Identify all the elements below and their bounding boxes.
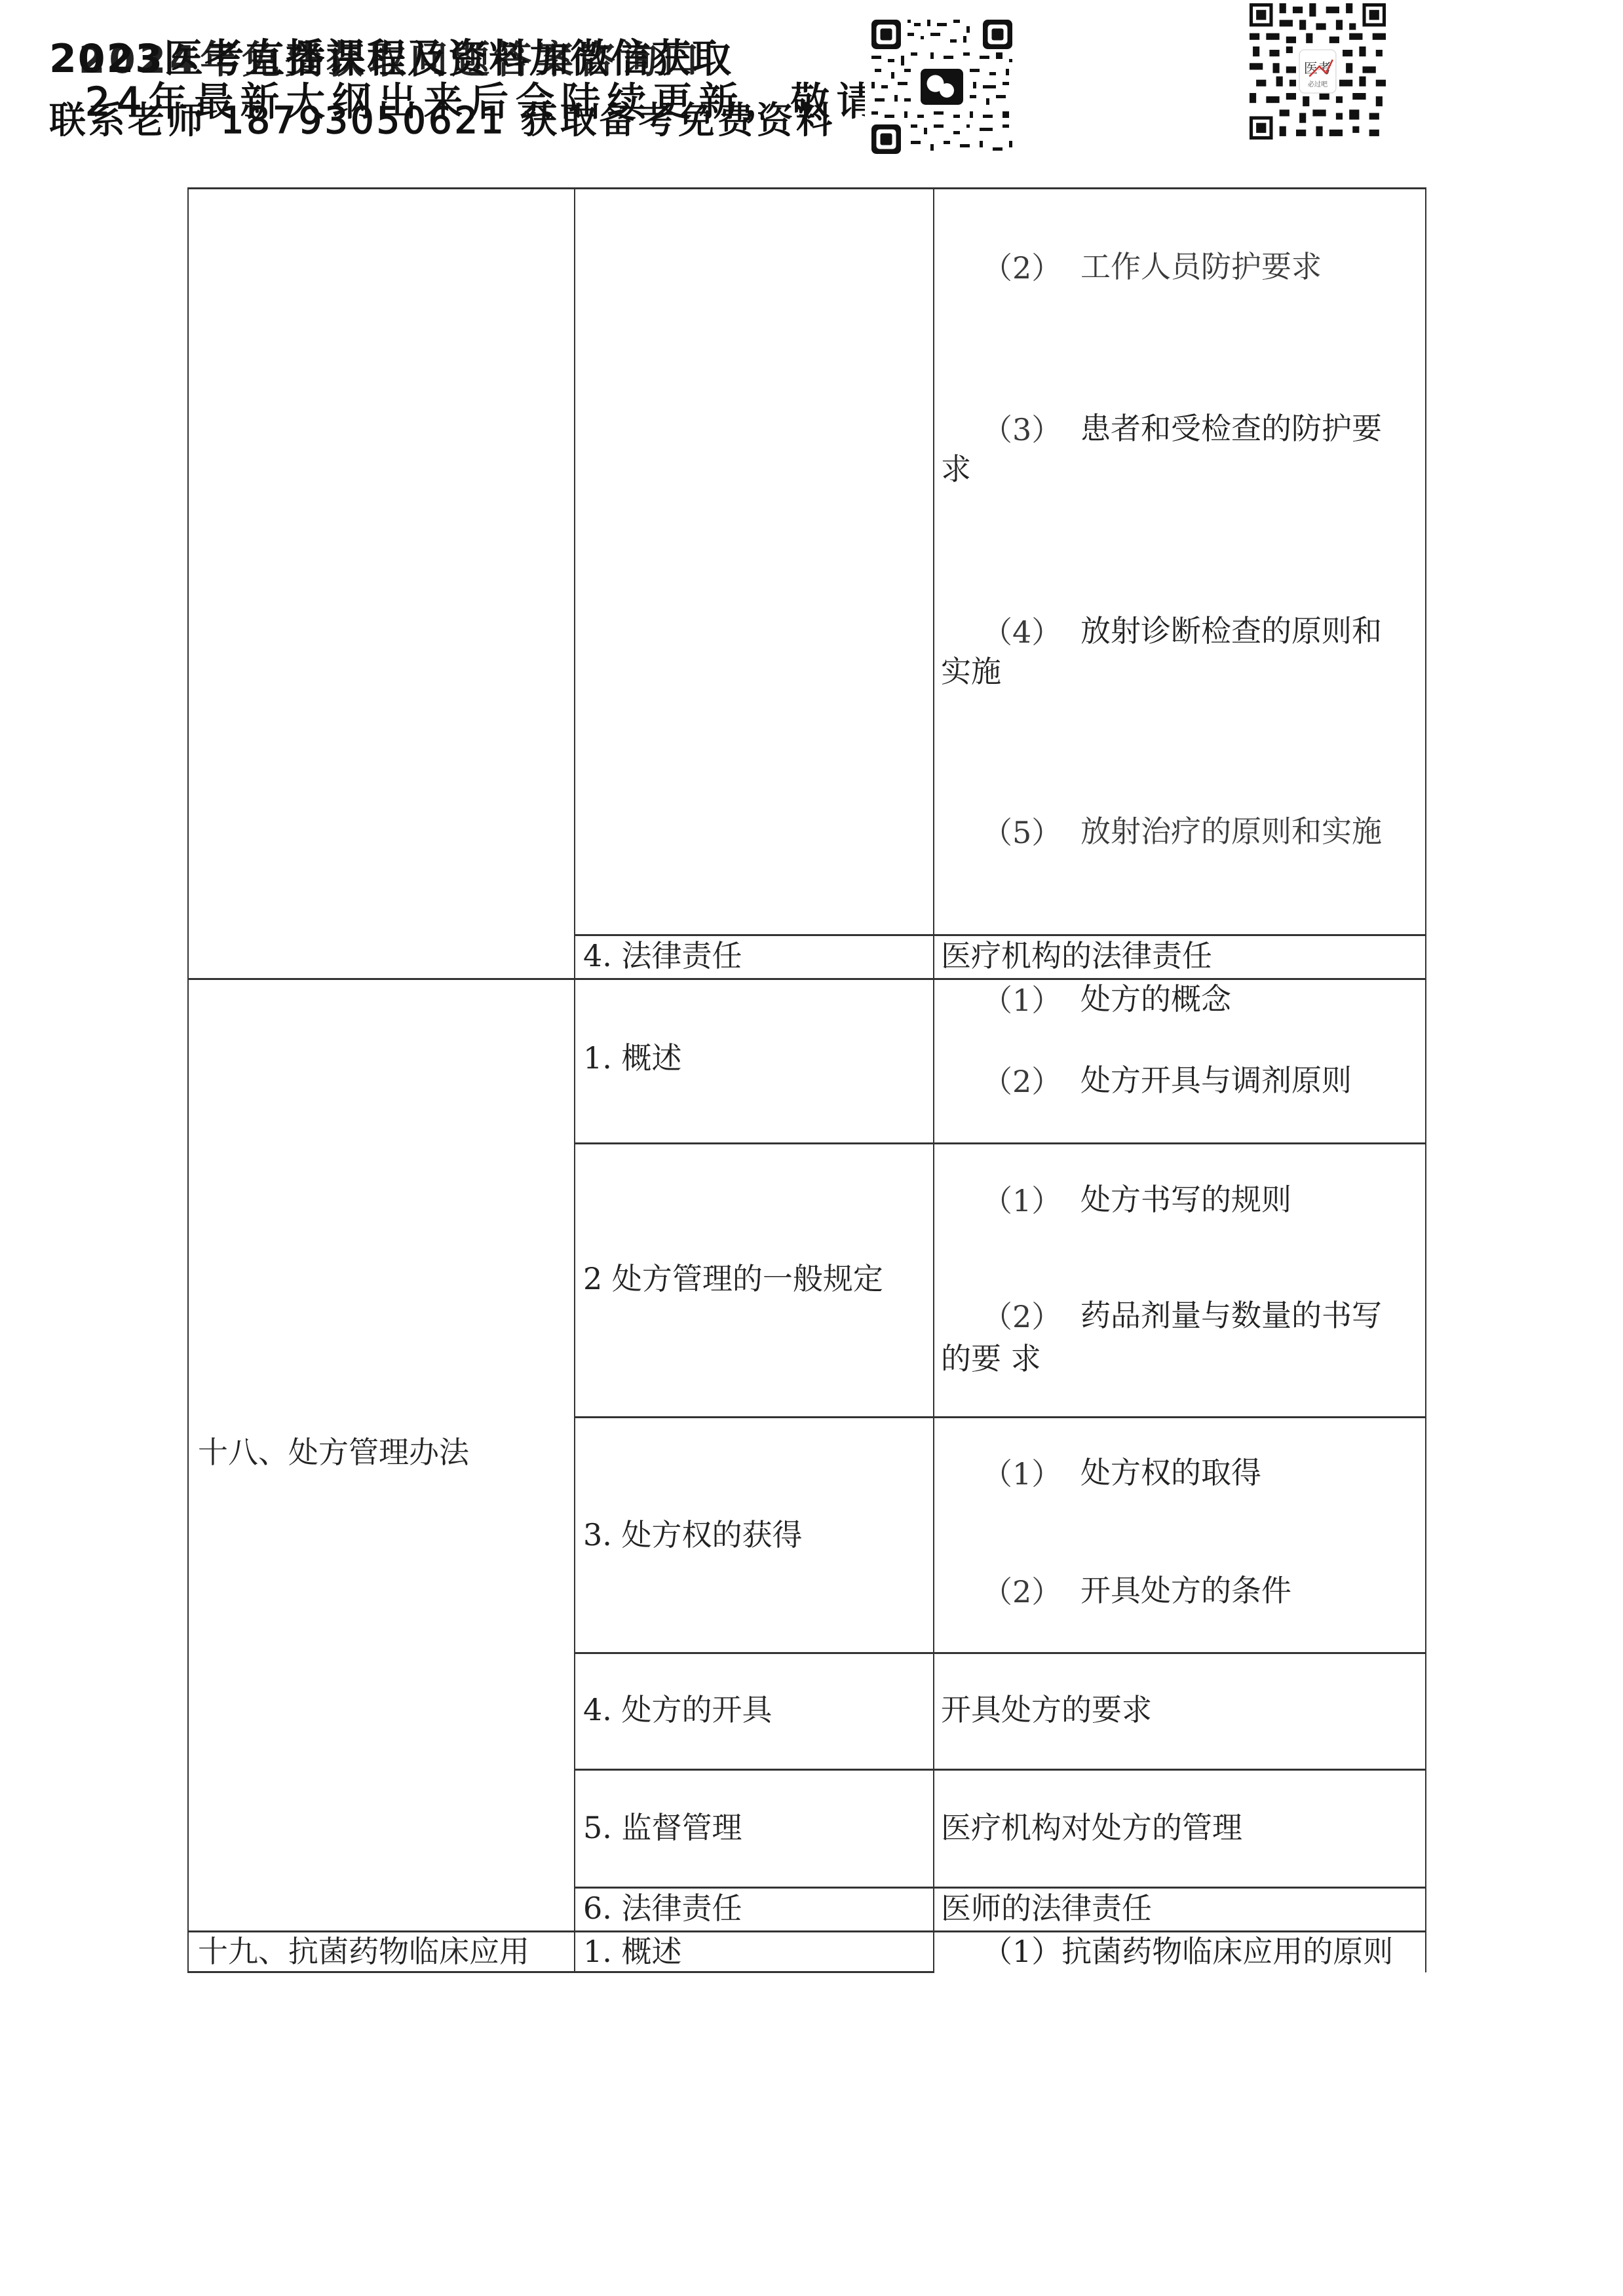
watermark-line-3: 联系老师 18793050621 获取备考免费资料 [49,92,835,144]
content-text: 开具处方的要求 [941,1695,1152,1725]
item-number: （4） [982,617,1061,647]
item-number: （3） [982,415,1061,445]
item-text: 开具处方的条件 [1080,1575,1291,1606]
item-number: （1） [982,1186,1061,1216]
subtopic-label: 6. 法律责任 [583,1893,742,1923]
item-number: （2） [982,1302,1061,1332]
row-line [574,1652,1426,1654]
item-text-wrap: 求 [941,454,971,484]
item-text: 处方的概念 [1080,984,1231,1014]
row-line [574,1142,1426,1144]
row-line [574,934,1426,936]
table-border-right [1425,187,1426,1972]
subtopic-label: 1. 概述 [583,1936,682,1967]
row-line [574,1887,1426,1889]
item-text: 处方权的取得 [1080,1458,1261,1488]
item-number: （2） [982,1066,1061,1097]
qr-code-icon: 医考 必过吧 [1248,3,1387,140]
column-divider-1 [574,187,575,1972]
table-border-top [187,187,1426,189]
section-title: 十九、抗菌药物临床应用 [198,1936,529,1967]
content-text: （1）抗菌药物临床应用的原则 [982,1936,1393,1967]
subtopic-label: 1. 概述 [583,1043,682,1073]
item-text: 患者和受检查的防护要 [1080,413,1382,443]
table-border-left [187,187,189,1972]
column-divider-2 [933,187,934,1972]
item-text: 处方开具与调剂原则 [1080,1065,1352,1095]
item-text-wrap: 的要 求 [941,1344,1041,1374]
item-text: 放射诊断检查的原则和 [1080,616,1382,646]
subtopic-label: 3. 处方权的获得 [583,1520,803,1550]
item-text-wrap: 实施 [941,656,1001,687]
table-border-bottom [187,1971,934,1973]
item-text: 处方书写的规则 [1080,1184,1291,1214]
section-line [187,1930,1426,1932]
wechat-qr-code [865,13,1019,160]
subtopic-label: 2 处方管理的一般规定 [583,1264,883,1294]
subtopic-label: 4. 法律责任 [583,941,742,971]
item-number: （2） [982,253,1061,283]
content-text: 医疗机构对处方的管理 [941,1813,1242,1843]
item-number: （1） [982,985,1061,1015]
content-text: 医师的法律责任 [941,1893,1152,1923]
section-line [187,978,1426,980]
item-text: 放射治疗的原则和实施 [1080,816,1382,846]
item-number: （2） [982,1577,1061,1607]
qr-code-icon [865,13,1019,160]
item-text: 药品剂量与数量的书写 [1080,1300,1382,1330]
svg-text:必过吧: 必过吧 [1308,80,1327,88]
item-number: （1） [982,1459,1061,1489]
yikao-qr-code: 医考 必过吧 [1248,3,1387,140]
item-number: （5） [982,818,1061,848]
item-text: 工作人员防护要求 [1080,252,1322,282]
subtopic-label: 4. 处方的开具 [583,1695,773,1725]
content-text: 医疗机构的法律责任 [941,941,1212,971]
subtopic-label: 5. 监督管理 [583,1813,742,1843]
row-line [574,1769,1426,1771]
row-line [574,1416,1426,1418]
section-title: 十八、处方管理办法 [198,1437,469,1467]
